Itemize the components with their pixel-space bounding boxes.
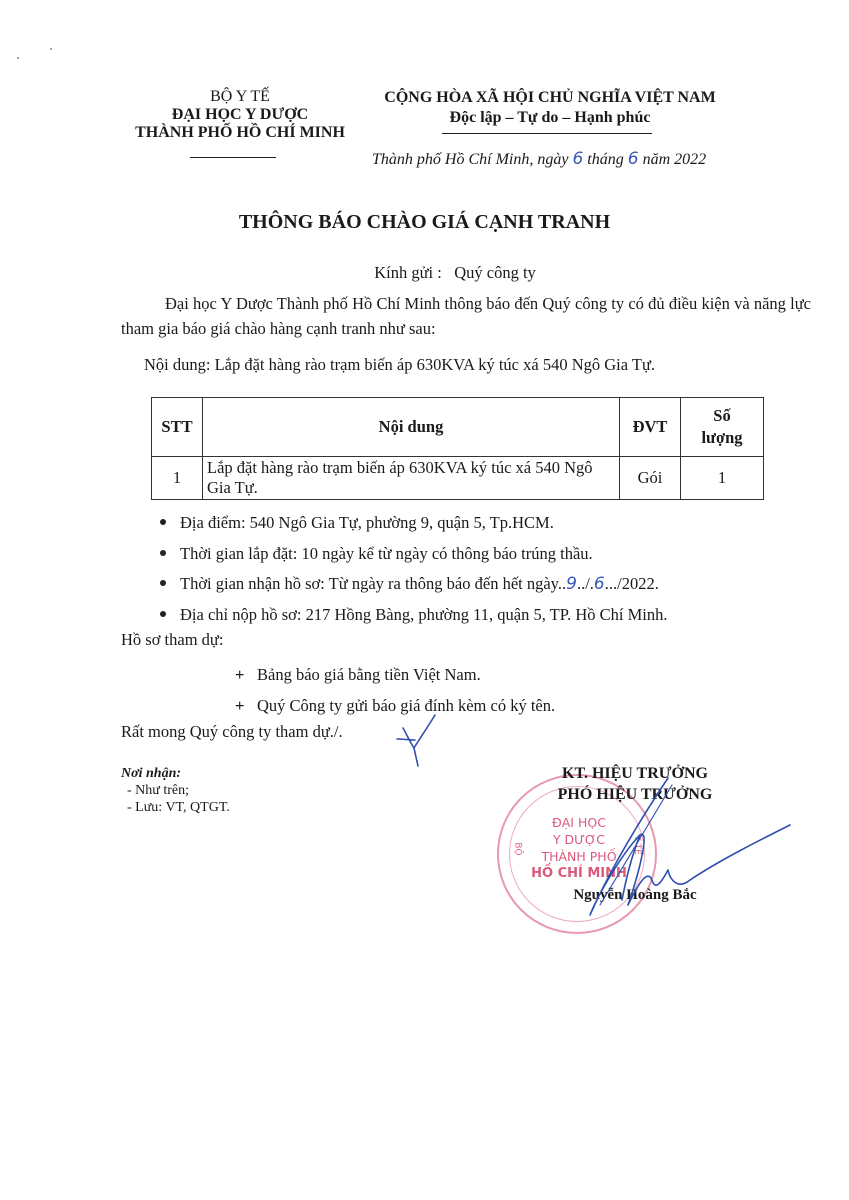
- col-header-quantity-text: Số lượng: [697, 405, 747, 449]
- recipients-label: Nơi nhận:: [121, 765, 230, 782]
- col-header-stt: STT: [152, 398, 203, 457]
- location-text: Địa điểm: 540 Ngô Gia Tự, phường 9, quận…: [180, 513, 554, 532]
- document-title: THÔNG BÁO CHÀO GIÁ CẠNH TRANH: [0, 211, 849, 234]
- national-motto: Độc lập – Tự do – Hạnh phúc: [365, 108, 735, 128]
- intro-paragraph: Đại học Y Dược Thành phố Hồ Chí Minh thô…: [121, 291, 811, 341]
- seal-line: ĐẠI HỌC: [499, 814, 659, 831]
- signatory-name: Nguyễn Hoàng Bắc: [520, 887, 750, 904]
- install-time-text: Thời gian lắp đặt: 10 ngày kể từ ngày có…: [180, 544, 593, 563]
- plus-icon: +: [235, 659, 257, 690]
- scan-speck: [50, 48, 52, 50]
- list-item: +Quý Công ty gửi báo giá đính kèm có ký …: [235, 690, 555, 721]
- submit-address-text: Địa chỉ nộp hồ sơ: 217 Hồng Bàng, phường…: [180, 605, 667, 624]
- list-item: Thời gian nhận hồ sơ: Từ ngày ra thông b…: [160, 569, 667, 600]
- seal-side-text-left: BỘ: [513, 842, 523, 855]
- national-header: CỘNG HÒA XÃ HỘI CHỦ NGHĨA VIỆT NAM Độc l…: [365, 88, 735, 128]
- documents-list: +Bảng báo giá bằng tiền Việt Nam. +Quý C…: [235, 659, 555, 721]
- date-month-label: tháng: [583, 151, 627, 168]
- bullet-icon: [160, 611, 166, 617]
- plus-icon: +: [235, 690, 257, 721]
- recipient-item: - Lưu: VT, QTGT.: [121, 799, 230, 816]
- recipients-block: Nơi nhận: - Như trên; - Lưu: VT, QTGT.: [121, 765, 230, 816]
- salutation: Kính gửi : Quý công ty: [0, 263, 849, 283]
- university-name-line2: THÀNH PHỐ HỒ CHÍ MINH: [95, 124, 385, 142]
- document-item-text: Quý Công ty gửi báo giá đính kèm có ký t…: [257, 696, 555, 715]
- scan-speck: [17, 57, 19, 59]
- bullet-icon: [160, 519, 166, 525]
- deadline-dots: ..: [558, 574, 566, 593]
- cell-content: Lắp đặt hàng rào trạm biến áp 630KVA ký …: [203, 457, 620, 500]
- details-list: Địa điểm: 540 Ngô Gia Tự, phường 9, quận…: [160, 508, 667, 630]
- handwritten-deadline-month: 6: [594, 574, 605, 594]
- intro-text: Đại học Y Dược Thành phố Hồ Chí Minh thô…: [121, 294, 811, 338]
- list-item: Địa chỉ nộp hồ sơ: 217 Hồng Bàng, phường…: [160, 600, 667, 631]
- document-item-text: Bảng báo giá bằng tiền Việt Nam.: [257, 665, 481, 684]
- closing-line: Rất mong Quý công ty tham dự./.: [121, 722, 343, 742]
- col-header-content: Nội dung: [203, 398, 620, 457]
- signatory-title: KT. HIỆU TRƯỞNG PHÓ HIỆU TRƯỞNG: [520, 763, 750, 805]
- list-item: +Bảng báo giá bằng tiền Việt Nam.: [235, 659, 555, 690]
- deadline-text: Thời gian nhận hồ sơ: Từ ngày ra thông b…: [180, 574, 558, 593]
- seal-side-text-right: Y TẾ: [632, 835, 642, 855]
- nation-name: CỘNG HÒA XÃ HỘI CHỦ NGHĨA VIỆT NAM: [365, 88, 735, 108]
- cell-stt: 1: [152, 457, 203, 500]
- table-header-row: STT Nội dung ĐVT Số lượng: [152, 398, 764, 457]
- items-table: STT Nội dung ĐVT Số lượng 1 Lắp đặt hàng…: [151, 397, 764, 500]
- date-line: Thành phố Hồ Chí Minh, ngày 6 tháng 6 nă…: [372, 149, 706, 169]
- col-header-unit: ĐVT: [620, 398, 681, 457]
- list-item: Thời gian lắp đặt: 10 ngày kể từ ngày có…: [160, 539, 667, 570]
- handwritten-deadline-day: 9: [566, 574, 577, 594]
- header-right-divider: [442, 133, 652, 134]
- deadline-year: .../2022.: [605, 574, 659, 593]
- date-year: năm 2022: [639, 151, 707, 168]
- seal-line: HỒ CHÍ MINH: [499, 865, 659, 882]
- cell-unit: Gói: [620, 457, 681, 500]
- date-prefix: Thành phố Hồ Chí Minh, ngày: [372, 151, 572, 168]
- col-header-quantity: Số lượng: [681, 398, 764, 457]
- bullet-icon: [160, 550, 166, 556]
- header-left-divider: [190, 157, 276, 158]
- content-line: Nội dung: Lắp đặt hàng rào trạm biến áp …: [144, 355, 655, 375]
- table-row: 1 Lắp đặt hàng rào trạm biến áp 630KVA k…: [152, 457, 764, 500]
- deadline-sep: ../.: [577, 574, 594, 593]
- cell-quantity: 1: [681, 457, 764, 500]
- recipient-item: - Như trên;: [121, 782, 230, 799]
- ministry-name: BỘ Y TẾ: [95, 88, 385, 106]
- signatory-title-line1: KT. HIỆU TRƯỞNG: [520, 763, 750, 784]
- handwritten-day: 6: [572, 149, 583, 169]
- university-name-line1: ĐẠI HỌC Y DƯỢC: [95, 106, 385, 124]
- handwritten-month: 6: [628, 149, 639, 169]
- issuer-header: BỘ Y TẾ ĐẠI HỌC Y DƯỢC THÀNH PHỐ HỒ CHÍ …: [95, 88, 385, 142]
- documents-label: Hồ sơ tham dự:: [121, 630, 223, 650]
- list-item: Địa điểm: 540 Ngô Gia Tự, phường 9, quận…: [160, 508, 667, 539]
- bullet-icon: [160, 580, 166, 586]
- signatory-title-line2: PHÓ HIỆU TRƯỞNG: [520, 784, 750, 805]
